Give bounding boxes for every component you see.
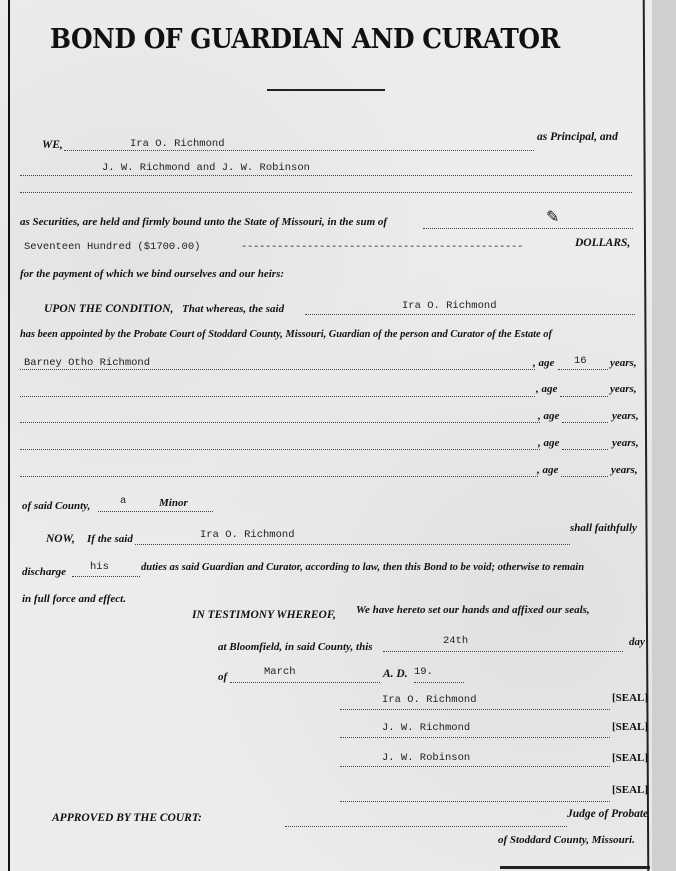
ward-name-line xyxy=(20,369,535,370)
age-label: , age xyxy=(538,410,559,422)
page-edge xyxy=(652,0,676,871)
years-label: years, xyxy=(612,410,639,422)
seal-label: [SEAL] xyxy=(612,692,648,704)
principal-name: Ira O. Richmond xyxy=(130,138,225,150)
place-text: at Bloomfield, in said County, this xyxy=(218,641,373,653)
year-line xyxy=(414,682,464,683)
pointer-mark-icon: ✎ xyxy=(546,207,559,226)
sum-line-1 xyxy=(423,228,633,229)
principal-line xyxy=(64,150,534,151)
testimony-label: IN TESTIMONY WHEREOF, xyxy=(192,609,336,621)
month-value: March xyxy=(264,666,296,678)
as-principal-label: as Principal, and xyxy=(537,131,618,143)
month-line xyxy=(230,682,380,683)
age-label: , age xyxy=(533,357,554,369)
appointed-text: has been appointed by the Probate Court … xyxy=(20,329,552,340)
age-line xyxy=(560,396,608,397)
of-label: of xyxy=(218,671,227,683)
day-value: 24th xyxy=(443,635,468,647)
judge-label: Judge of Probate xyxy=(567,808,648,820)
judge-line xyxy=(285,826,567,827)
signature-line xyxy=(340,766,610,767)
year-value: 19. xyxy=(414,666,433,678)
full-force-text: in full force and effect. xyxy=(22,593,126,605)
years-label: years, xyxy=(611,464,638,476)
pronoun-line xyxy=(72,576,140,577)
signature-name: J. W. Robinson xyxy=(382,752,470,764)
years-label: years, xyxy=(610,357,637,369)
now-text: If the said xyxy=(87,533,133,545)
securities-line-2 xyxy=(20,192,632,193)
day-label: day xyxy=(629,636,645,648)
years-label: years, xyxy=(612,437,639,449)
ward-name: Barney Otho Richmond xyxy=(24,357,150,369)
now-name: Ira O. Richmond xyxy=(200,529,295,541)
payment-text: for the payment of which we bind ourselv… xyxy=(20,268,284,280)
county-line xyxy=(98,511,213,512)
county-status: Minor xyxy=(159,497,188,509)
judge-county: of Stoddard County, Missouri. xyxy=(498,834,635,846)
county-article: a xyxy=(120,495,126,507)
bottom-rule xyxy=(500,866,650,869)
faithfully-label: shall faithfully xyxy=(570,522,637,534)
securities-text: as Securities, are held and firmly bound… xyxy=(20,216,387,228)
signature-name: J. W. Richmond xyxy=(382,722,470,734)
ward-name-line xyxy=(20,476,538,477)
ad-label: A. D. xyxy=(383,668,408,680)
age-line xyxy=(561,476,608,477)
age-line xyxy=(558,369,608,370)
sum-text: Seventeen Hundred ($1700.00) xyxy=(24,241,200,253)
years-label: years, xyxy=(610,383,637,395)
seal-label: [SEAL] xyxy=(612,721,648,733)
ward-name-line xyxy=(20,396,535,397)
securities-names: J. W. Richmond and J. W. Robinson xyxy=(102,162,310,174)
signature-line xyxy=(340,737,610,738)
seal-label: [SEAL] xyxy=(612,784,648,796)
condition-text: That whereas, the said xyxy=(182,303,284,315)
age-line xyxy=(562,449,608,450)
ward-name-line xyxy=(20,422,540,423)
title-rule xyxy=(267,89,385,91)
dollars-label: DOLLARS, xyxy=(575,237,630,249)
discharge-label: discharge xyxy=(22,566,66,578)
guardian-name: Ira O. Richmond xyxy=(402,300,497,312)
age-label: , age xyxy=(538,437,559,449)
testimony-text: We have hereto set our hands and affixed… xyxy=(356,604,590,616)
signature-line xyxy=(340,801,610,802)
condition-label: UPON THE CONDITION, xyxy=(44,303,173,315)
now-label: NOW, xyxy=(46,533,75,545)
ward-name-line xyxy=(20,449,540,450)
age-label: , age xyxy=(537,464,558,476)
age-label: , age xyxy=(536,383,557,395)
sum-dashes: ----------------------------------------… xyxy=(241,241,523,253)
guardian-line xyxy=(305,314,635,315)
age-line xyxy=(562,422,608,423)
signature-name: Ira O. Richmond xyxy=(382,694,477,706)
now-line xyxy=(135,544,570,545)
pronoun: his xyxy=(90,561,109,573)
ward-age: 16 xyxy=(574,355,587,367)
securities-line-1 xyxy=(20,175,632,176)
we-label: WE, xyxy=(42,139,63,151)
county-label: of said County, xyxy=(22,500,90,512)
day-line xyxy=(383,651,623,652)
left-border xyxy=(8,0,10,871)
document-title: BOND OF GUARDIAN AND CURATOR xyxy=(50,24,565,55)
approved-label: APPROVED BY THE COURT: xyxy=(52,812,202,824)
seal-label: [SEAL] xyxy=(612,752,648,764)
duties-text: duties as said Guardian and Curator, acc… xyxy=(141,562,584,573)
signature-line xyxy=(340,709,610,710)
